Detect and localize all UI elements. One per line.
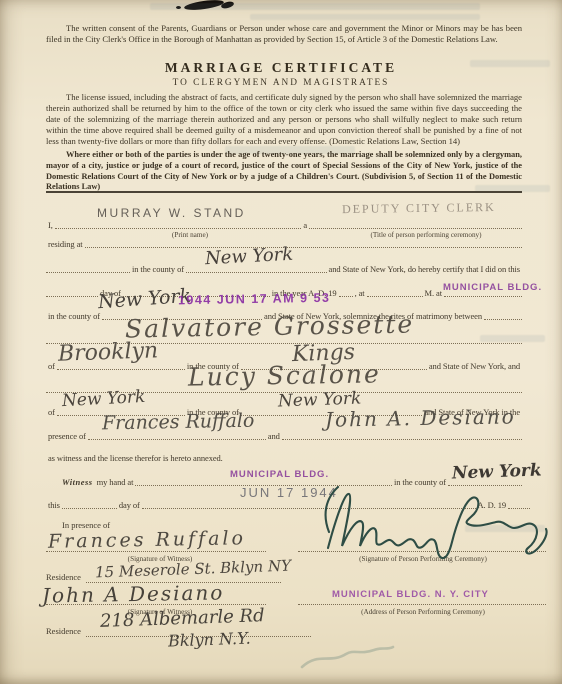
county-residing-entry: New York <box>205 246 294 269</box>
and-label: and <box>266 432 282 441</box>
license-paragraph: The license issued, including the abstra… <box>46 92 522 147</box>
witness1-name-entry: Frances Ruffalo <box>102 412 255 434</box>
groom-name-entry: Salvatore Grossette <box>125 311 415 341</box>
minor-paragraph: Where either or both of the parties is u… <box>46 150 522 193</box>
dotted-line <box>46 262 130 273</box>
dotted-line <box>309 218 522 229</box>
witness-county-entry: New York <box>452 462 542 482</box>
in-presence-of-label: In presence of <box>62 520 110 530</box>
day-of-label: day of <box>117 501 142 510</box>
annexed-text: as witness and the license therefor is h… <box>46 454 225 463</box>
consent-paragraph: The written consent of the Parents, Guar… <box>46 23 522 45</box>
state-and-text: and State of New York, and <box>427 362 522 371</box>
dotted-line <box>46 594 266 605</box>
m-at-label: M. at <box>423 289 444 298</box>
witness-place-stamp: MUNICIPAL BLDG. <box>230 470 329 480</box>
dotted-line <box>484 309 522 320</box>
certificate-title: MARRIAGE CERTIFICATE <box>0 60 562 76</box>
this-label: this <box>46 501 62 510</box>
officiant-name-stamp: MURRAY W. STAND <box>97 207 246 219</box>
dotted-line <box>298 594 546 605</box>
municipal-bldg-stamp: MUNICIPAL BLDG. <box>443 283 542 293</box>
groom-city-entry: Brooklyn <box>58 340 159 365</box>
of-label: of <box>46 362 57 371</box>
state-certify-text: and State of New York, do hereby certify… <box>327 265 522 274</box>
of-label: of <box>46 408 57 417</box>
in-county-label: in the county of <box>130 265 186 274</box>
a-label: a <box>301 221 309 230</box>
i-label: I, <box>46 221 55 230</box>
bride-name-entry: Lucy Scalone <box>188 361 381 389</box>
dotted-line <box>85 237 522 248</box>
presence-of-label: presence of <box>46 432 88 441</box>
witness2-residence-entry-line2: Bklyn N.Y. <box>168 631 251 650</box>
bleed-through-text <box>250 14 480 20</box>
received-date-stamp: 1944 JUN 17 AM 9 53 <box>178 292 331 307</box>
residence2-label: Residence <box>46 626 81 636</box>
officiant-address-caption: (Address of Person Performing Ceremony) <box>308 608 538 616</box>
officiant-title-stamp: DEPUTY CITY CLERK <box>342 201 496 215</box>
bleed-through-text <box>150 3 480 10</box>
comma-at-label: , at <box>353 289 367 298</box>
dotted-line <box>46 286 98 297</box>
residing-at-label: residing at <box>46 240 85 249</box>
pencil-mark <box>296 642 400 674</box>
dotted-line <box>367 286 423 297</box>
dotted-line <box>282 429 522 440</box>
marriage-certificate-document: The written consent of the Parents, Guar… <box>0 0 562 684</box>
annexed-row: as witness and the license therefor is h… <box>46 450 522 462</box>
in-county-label: in the county of <box>46 312 102 321</box>
bride-city-entry: New York <box>62 389 146 410</box>
dotted-line <box>339 286 353 297</box>
section-divider <box>46 191 522 193</box>
officiant-signature <box>318 484 560 572</box>
residence1-label: Residence <box>46 572 81 582</box>
witness2-name-entry: John A. Desiano <box>325 406 516 429</box>
witness-rest: my hand at <box>95 478 136 487</box>
witness-word: Witness <box>60 478 95 487</box>
dotted-line <box>46 541 266 552</box>
certificate-subtitle: TO CLERGYMEN AND MAGISTRATES <box>0 78 562 88</box>
dotted-line <box>62 498 117 509</box>
